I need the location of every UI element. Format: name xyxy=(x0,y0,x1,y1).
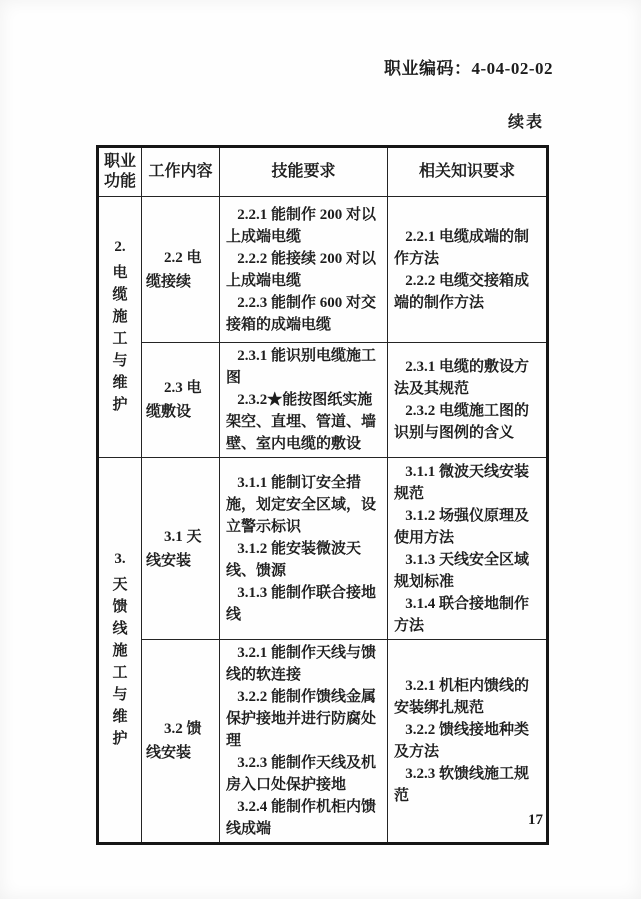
function-number: 2. xyxy=(99,239,141,256)
knowledge-item: 3.2.1 机柜内馈线的安装绑扎规范 xyxy=(394,675,542,719)
work-content-label: 2.2 电缆接续 xyxy=(146,246,215,294)
knowledge-cell: 2.2.1 电缆成端的制作方法2.2.2 电缆交接箱成端的制作方法 xyxy=(388,197,548,343)
knowledge-item: 2.3.1 电缆的敷设方法及其规范 xyxy=(394,356,542,400)
skills-cell: 3.1.1 能制订安全措施，划定安全区域，设立警示标识3.1.2 能安装微波天线… xyxy=(220,458,388,640)
knowledge-item: 2.2.1 电缆成端的制作方法 xyxy=(394,226,542,270)
skill-item: 2.2.2 能接续 200 对以上成端电缆 xyxy=(226,248,383,292)
work-content-cell: 2.2 电缆接续 xyxy=(142,197,220,343)
skill-item: 3.2.3 能制作天线及机房入口处保护接地 xyxy=(226,752,383,796)
table-row: 2.3 电缆敷设2.3.1 能识别电缆施工图2.3.2★能按图纸实施架空、直埋、… xyxy=(98,343,548,458)
header-skill-requirements: 技能要求 xyxy=(220,147,388,197)
skill-item: 3.1.2 能安装微波天线、馈源 xyxy=(226,538,383,582)
table-row: 2.电缆施工与维护2.2 电缆接续2.2.1 能制作 200 对以上成端电缆2.… xyxy=(98,197,548,343)
skill-item: 3.1.3 能制作联合接地线 xyxy=(226,582,383,626)
header-row: 职业功能 工作内容 技能要求 相关知识要求 xyxy=(98,147,548,197)
work-content-cell: 3.2 馈线安装 xyxy=(142,640,220,844)
work-content-cell: 2.3 电缆敷设 xyxy=(142,343,220,458)
occupational-standard-table: 职业功能 工作内容 技能要求 相关知识要求 2.电缆施工与维护2.2 电缆接续2… xyxy=(96,145,549,845)
knowledge-cell: 2.3.1 电缆的敷设方法及其规范2.3.2 电缆施工图的识别与图例的含义 xyxy=(388,343,548,458)
table-row: 3.天馈线施工与维护3.1 天线安装3.1.1 能制订安全措施，划定安全区域，设… xyxy=(98,458,548,640)
header-function: 职业功能 xyxy=(98,147,142,197)
skills-cell: 2.2.1 能制作 200 对以上成端电缆2.2.2 能接续 200 对以上成端… xyxy=(220,197,388,343)
header-knowledge-requirements: 相关知识要求 xyxy=(388,147,548,197)
skill-item: 3.1.1 能制订安全措施，划定安全区域，设立警示标识 xyxy=(226,472,383,538)
knowledge-cell: 3.1.1 微波天线安装规范3.1.2 场强仪原理及使用方法3.1.3 天线安全… xyxy=(388,458,548,640)
knowledge-item: 3.1.4 联合接地制作方法 xyxy=(394,593,542,637)
work-content-label: 2.3 电缆敷设 xyxy=(146,376,215,424)
knowledge-item: 3.2.3 软馈线施工规范 xyxy=(394,763,542,807)
continued-table-label: 续表 xyxy=(508,109,544,132)
skill-item: 3.2.2 能制作馈线金属保护接地并进行防腐处理 xyxy=(226,686,383,752)
skills-cell: 2.3.1 能识别电缆施工图2.3.2★能按图纸实施架空、直埋、管道、墙壁、室内… xyxy=(220,343,388,458)
occupation-code: 职业编码：4-04-02-02 xyxy=(384,54,553,79)
knowledge-cell: 3.2.1 机柜内馈线的安装绑扎规范3.2.2 馈线接地种类及方法3.2.3 软… xyxy=(388,640,548,844)
knowledge-item: 3.2.2 馈线接地种类及方法 xyxy=(394,719,542,763)
skills-cell: 3.2.1 能制作天线与馈线的软连接3.2.2 能制作馈线金属保护接地并进行防腐… xyxy=(220,640,388,844)
work-content-label: 3.1 天线安装 xyxy=(146,525,215,573)
skill-item: 2.2.1 能制作 200 对以上成端电缆 xyxy=(226,204,383,248)
function-title-vertical: 电缆施工与维护 xyxy=(112,262,129,416)
skill-item: 2.3.2★能按图纸实施架空、直埋、管道、墙壁、室内电缆的敷设 xyxy=(226,389,383,455)
function-number: 3. xyxy=(99,551,141,568)
table-body: 2.电缆施工与维护2.2 电缆接续2.2.1 能制作 200 对以上成端电缆2.… xyxy=(98,197,548,844)
knowledge-item: 3.1.3 天线安全区域规划标准 xyxy=(394,549,542,593)
knowledge-item: 2.2.2 电缆交接箱成端的制作方法 xyxy=(394,270,542,314)
page-number: 17 xyxy=(528,812,543,829)
function-cell: 3.天馈线施工与维护 xyxy=(98,458,142,844)
work-content-label: 3.2 馈线安装 xyxy=(146,717,215,765)
function-title-vertical: 天馈线施工与维护 xyxy=(112,574,129,750)
knowledge-item: 3.1.1 微波天线安装规范 xyxy=(394,461,542,505)
skill-item: 2.3.1 能识别电缆施工图 xyxy=(226,345,383,389)
work-content-cell: 3.1 天线安装 xyxy=(142,458,220,640)
function-cell: 2.电缆施工与维护 xyxy=(98,197,142,458)
header-work-content: 工作内容 xyxy=(142,147,220,197)
knowledge-item: 2.3.2 电缆施工图的识别与图例的含义 xyxy=(394,400,542,444)
knowledge-item: 3.1.2 场强仪原理及使用方法 xyxy=(394,505,542,549)
document-page: 职业编码：4-04-02-02 续表 职业功能 工作内容 技能要求 相关知识要求… xyxy=(0,0,641,899)
table-row: 3.2 馈线安装3.2.1 能制作天线与馈线的软连接3.2.2 能制作馈线金属保… xyxy=(98,640,548,844)
skill-item: 2.2.3 能制作 600 对交接箱的成端电缆 xyxy=(226,292,383,336)
skill-item: 3.2.4 能制作机柜内馈线成端 xyxy=(226,796,383,840)
table-header: 职业功能 工作内容 技能要求 相关知识要求 xyxy=(98,147,548,197)
skill-item: 3.2.1 能制作天线与馈线的软连接 xyxy=(226,642,383,686)
